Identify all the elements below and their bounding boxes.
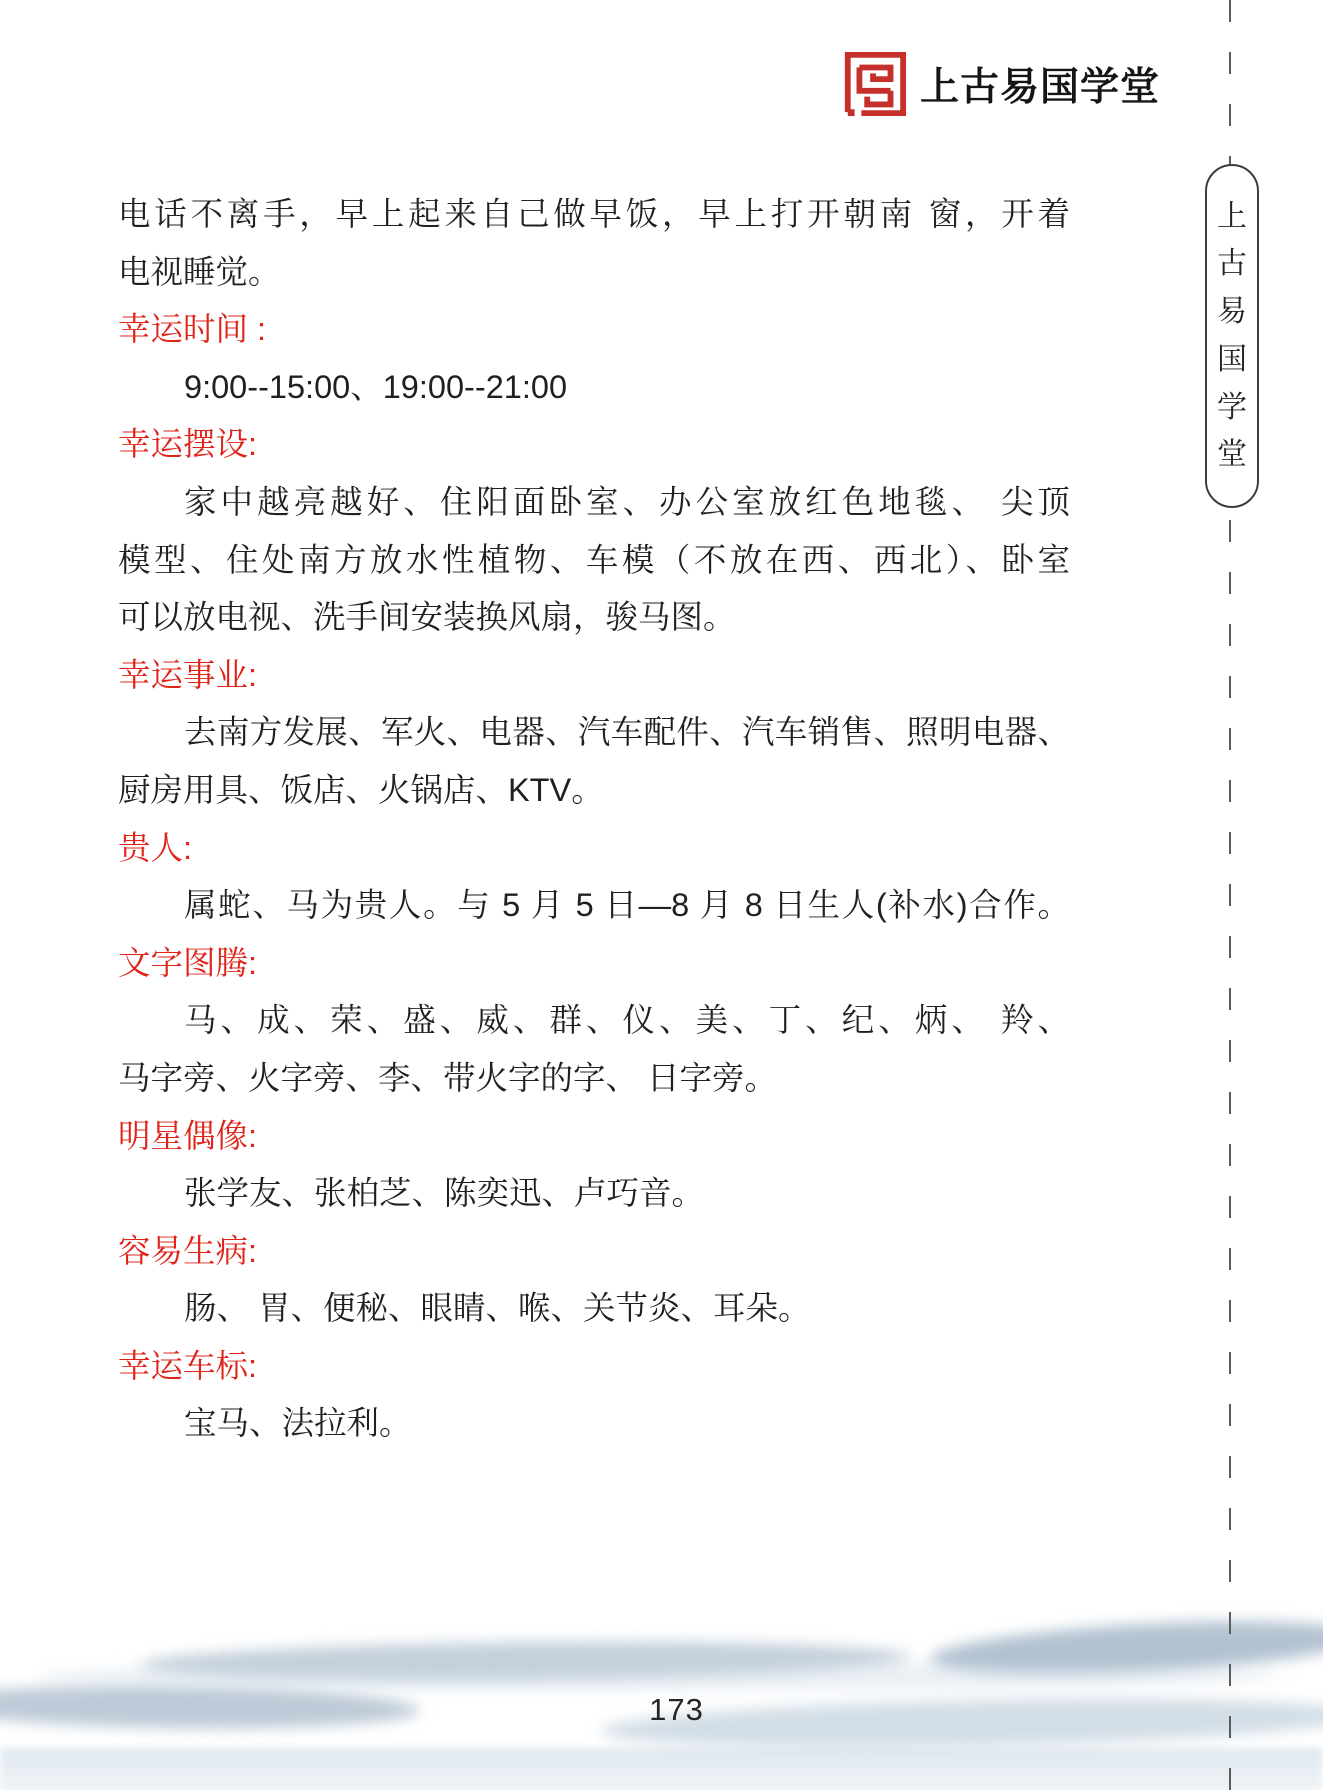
watercolor-wash: [0, 1748, 1323, 1790]
body-line: 家中越亮越好、住阳面卧室、办公室放红色地毯、 尖顶: [118, 474, 1070, 532]
capsule-char: 易: [1217, 297, 1247, 327]
body-line: 去南方发展、军火、电器、汽车配件、汽车销售、照明电器、: [118, 704, 1070, 762]
body-line: 电视睡觉。: [118, 244, 1070, 302]
body-line: 可以放电视、洗手间安装换风扇，骏马图。: [118, 589, 1070, 647]
brand-seal-icon: [840, 50, 908, 118]
body-line: 肠、 胃、便秘、眼睛、喉、关节炎、耳朵。: [118, 1280, 1070, 1338]
body-line: 9:00--15:00、19:00--21:00: [118, 359, 1070, 417]
section-heading-totem: 文字图腾:: [118, 935, 1070, 993]
section-heading-car-logo: 幸运车标:: [118, 1338, 1070, 1396]
section-heading-benefactor: 贵人:: [118, 820, 1070, 878]
body-line: 马字旁、火字旁、李、带火字的字、 日字旁。: [118, 1050, 1070, 1108]
capsule-char: 国: [1217, 345, 1247, 375]
capsule-char: 学: [1217, 393, 1247, 423]
body-line: 马、成、荣、盛、威、群、仪、美、丁、纪、炳、 羚、: [118, 992, 1070, 1050]
capsule-char: 古: [1217, 249, 1247, 279]
brand-header: 上古易国学堂: [840, 50, 1160, 118]
body-line: 宝马、法拉利。: [118, 1395, 1070, 1453]
body-line: 厨房用具、饭店、火锅店、KTV。: [118, 762, 1070, 820]
book-page: 上古易国学堂 上 古 易 国 学 堂 电话不离手，早上起来自己做早饭，早上打开朝…: [0, 0, 1323, 1790]
page-number: 173: [30, 1692, 1323, 1728]
body-line: 电话不离手，早上起来自己做早饭，早上打开朝南 窗，开着: [118, 186, 1070, 244]
capsule-char: 上: [1217, 202, 1247, 232]
section-heading-illness: 容易生病:: [118, 1223, 1070, 1281]
body-line: 属蛇、马为贵人。与 5 月 5 日—8 月 8 日生人(补水)合作。: [118, 877, 1070, 935]
section-heading-lucky-time: 幸运时间 :: [118, 301, 1070, 359]
body-line: 模型、住处南方放水性植物、车模（不放在西、西北）、卧室: [118, 532, 1070, 590]
section-heading-idols: 明星偶像:: [118, 1108, 1070, 1166]
brand-logo-text: 上古易国学堂: [920, 56, 1160, 112]
section-heading-lucky-career: 幸运事业:: [118, 647, 1070, 705]
watercolor-wash: [40, 1662, 1280, 1690]
body-line: 张学友、张柏芝、陈奕迅、卢巧音。: [118, 1165, 1070, 1223]
sidebar-brand-capsule: 上 古 易 国 学 堂: [1205, 164, 1259, 508]
capsule-char: 堂: [1217, 440, 1247, 470]
page-body: 电话不离手，早上起来自己做早饭，早上打开朝南 窗，开着 电视睡觉。 幸运时间 :…: [118, 186, 1070, 1453]
section-heading-lucky-decor: 幸运摆设:: [118, 416, 1070, 474]
